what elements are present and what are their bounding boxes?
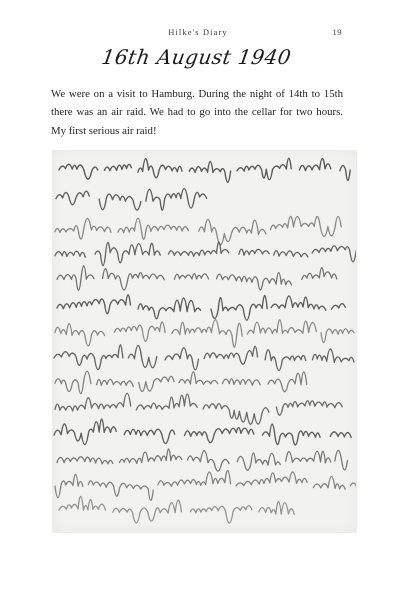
entry-date-heading: 16th August 1940 — [0, 45, 393, 69]
running-header: Hilke's Diary 19 — [52, 27, 344, 37]
book-page: Hilke's Diary 19 16th August 1940 We wer… — [0, 0, 393, 595]
suetterlin-handwriting-scribbles — [53, 151, 356, 532]
page-number: 19 — [333, 27, 343, 37]
handwritten-diary-photo — [52, 150, 357, 533]
running-header-title: Hilke's Diary — [168, 27, 228, 37]
entry-body-text: We were on a visit to Hamburg. During th… — [51, 85, 343, 140]
